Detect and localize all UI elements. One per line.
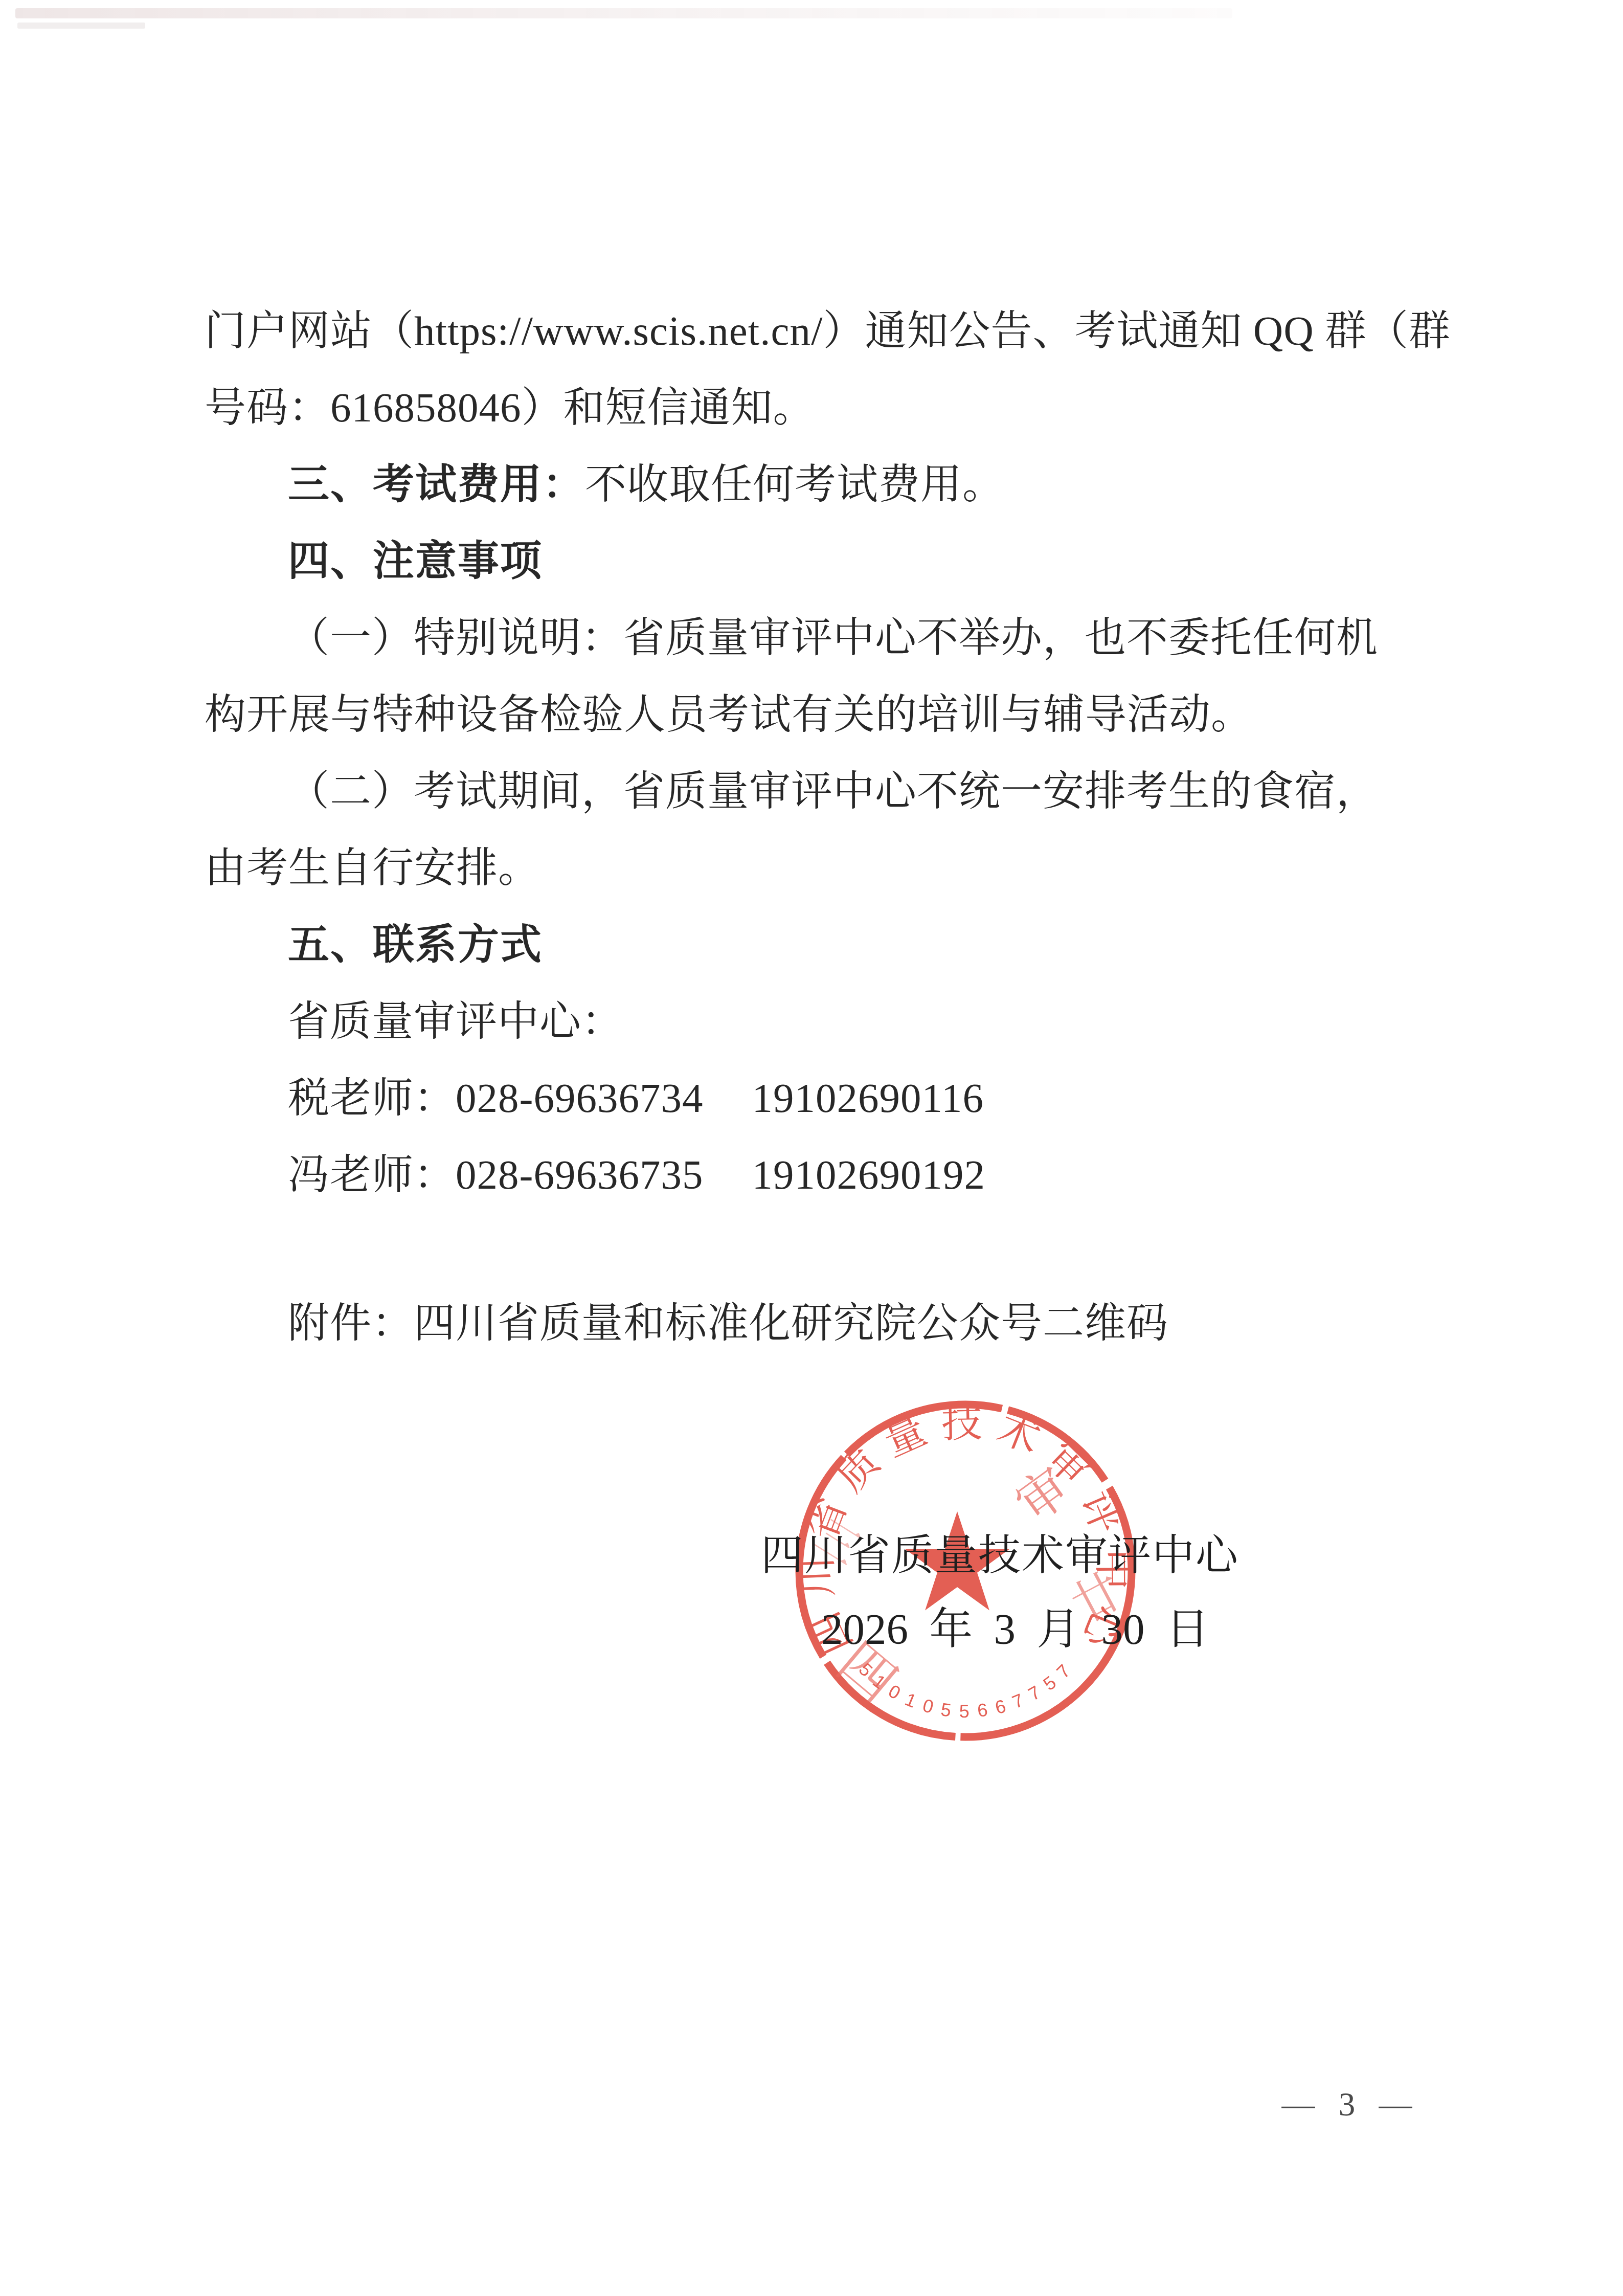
page-number: — 3 —	[1263, 2086, 1432, 2124]
body-text-segment: （一）特别说明：省质量审评中心不举办，也不委托任何机	[288, 615, 1378, 661]
body-text-segment: （二）考试期间，省质量审评中心不统一安排考生的食宿，	[288, 768, 1378, 814]
body-text-segment: 税老师：028-69636734	[288, 1075, 703, 1121]
body-line: 省质量审评中心：	[205, 983, 1442, 1060]
body-text-segment: 附件：四川省质量和标准化研究院公众号二维码	[288, 1300, 1168, 1346]
body-line-spacer	[205, 1213, 1442, 1285]
body-line: 门户网站（https://www.scis.net.cn/）通知公告、考试通知 …	[205, 293, 1442, 369]
body-text-segment: 不收取任何考试费用。	[585, 461, 1004, 507]
body-heading-segment: 四、注意事项	[288, 538, 543, 584]
body-line: 由考生自行安排。	[205, 830, 1442, 906]
body-text-block: 门户网站（https://www.scis.net.cn/）通知公告、考试通知 …	[205, 293, 1442, 1362]
body-text-segment: 19102690192	[752, 1152, 985, 1198]
seal-code: 5101055667757	[855, 1659, 1076, 1722]
body-line: 三、考试费用：不收取任何考试费用。	[205, 446, 1442, 523]
body-text-segment: 冯老师：028-69636735	[288, 1152, 703, 1198]
body-line: 四、注意事项	[205, 523, 1442, 599]
body-line: 五、联系方式	[205, 906, 1442, 983]
body-line: （一）特别说明：省质量审评中心不举办，也不委托任何机	[205, 599, 1442, 676]
scan-artifact-top	[15, 8, 1232, 18]
body-text-segment: 省质量审评中心：	[288, 998, 623, 1044]
body-text-segment: 由考生自行安排。	[205, 845, 540, 891]
document-page: 门户网站（https://www.scis.net.cn/）通知公告、考试通知 …	[0, 0, 1623, 2296]
signature-date: 2026 年 3 月 30 日	[821, 1605, 1209, 1654]
scan-artifact-top-left	[17, 23, 145, 29]
body-line: 冯老师：028-6963673519102690192	[205, 1136, 1442, 1213]
body-text-segment: 19102690116	[752, 1075, 984, 1121]
body-line: 税老师：028-6963673419102690116	[205, 1060, 1442, 1136]
body-heading-segment: 五、联系方式	[288, 922, 543, 968]
body-heading-segment: 三、考试费用：	[288, 461, 585, 507]
body-line: 构开展与特种设备检验人员考试有关的培训与辅导活动。	[205, 676, 1442, 753]
body-line: 号码：616858046）和短信通知。	[205, 369, 1442, 446]
body-line: （二）考试期间，省质量审评中心不统一安排考生的食宿，	[205, 753, 1442, 830]
signature-org: 四川省质量技术审评中心	[761, 1532, 1239, 1578]
body-line: 附件：四川省质量和标准化研究院公众号二维码	[205, 1285, 1442, 1362]
body-text-segment: 号码：616858046）和短信通知。	[205, 385, 815, 431]
body-text-segment: 门户网站（https://www.scis.net.cn/）通知公告、考试通知 …	[205, 308, 1451, 354]
body-text-segment: 构开展与特种设备检验人员考试有关的培训与辅导活动。	[205, 692, 1253, 738]
seal-code-holder: 5101055667757	[855, 1659, 1076, 1722]
